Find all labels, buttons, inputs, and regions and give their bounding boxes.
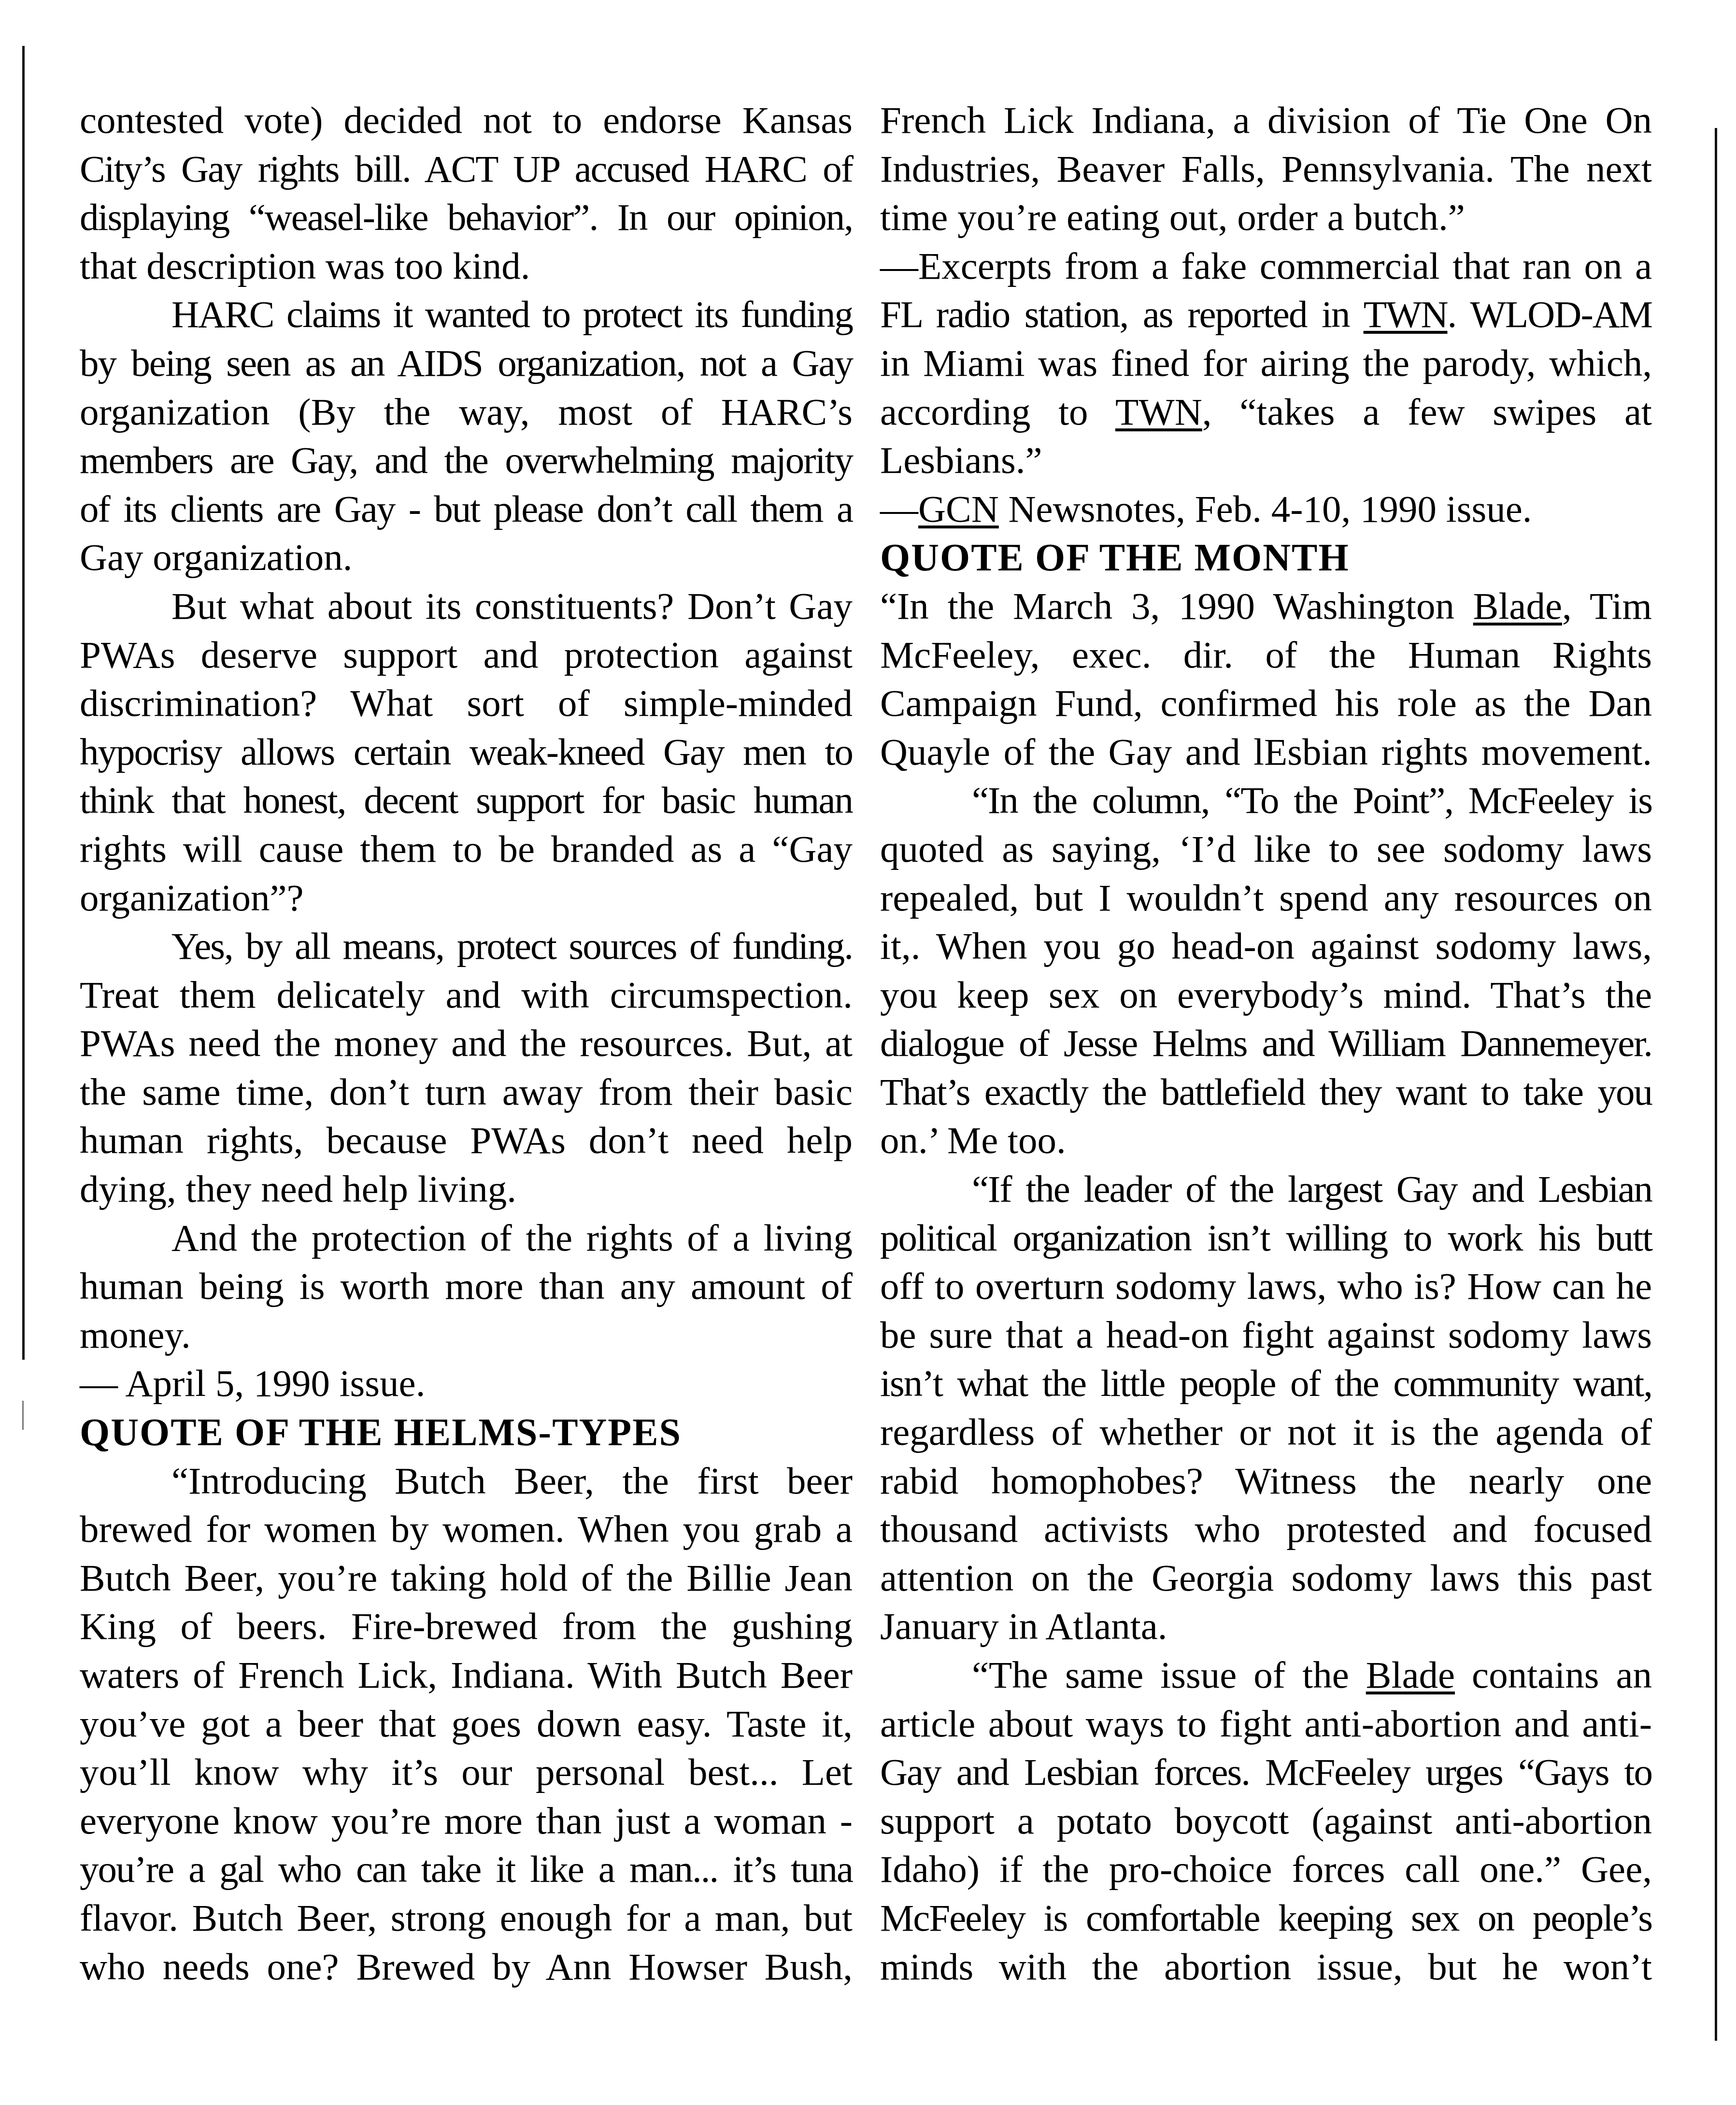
text-line: rabid homophobes? Witness the nearly one [880, 1457, 1652, 1506]
text-line: McFeeley, exec. dir. of the Human Rights [880, 631, 1652, 680]
text-line: quoted as saying, ‘I’d like to see sodom… [880, 825, 1652, 874]
paragraph-harc-funding: HARC claims it wanted to protect its fun… [80, 291, 853, 583]
text-line: the same time, don’t turn away from thei… [80, 1068, 853, 1117]
text-line: Lesbians.” [880, 437, 1652, 485]
text-line: Idaho) if the pro-choice forces call one… [880, 1846, 1652, 1894]
attribution: —GCN Newsnotes, Feb. 4-10, 1990 issue. [880, 485, 1652, 534]
text-line: “If the leader of the largest Gay and Le… [880, 1166, 1652, 1214]
text-line: —Excerpts from a fake commercial that ra… [880, 242, 1652, 291]
text-line: thousand activists who protested and foc… [880, 1506, 1652, 1554]
paragraph-excerpt-note: —Excerpts from a fake commercial that ra… [880, 242, 1652, 485]
paragraph-rights: And the protection of the rights of a li… [80, 1214, 853, 1360]
text-line: organization”? [80, 874, 853, 923]
text-segment: Newsnotes, Feb. 4-10, 1990 issue. [999, 488, 1532, 530]
text-line: King of beers. Fire-brewed from the gush… [80, 1603, 853, 1651]
right-margin-rule [1715, 128, 1717, 2041]
text-line: in Miami was fined for airing the parody… [880, 340, 1652, 388]
text-line: Campaign Fund, confirmed his role as the… [880, 680, 1652, 728]
text-line: Gay and Lesbian forces. McFeeley urges “… [880, 1749, 1652, 1797]
publication-name: TWN [1364, 294, 1448, 336]
text-line: contested vote) decided not to endorse K… [80, 97, 853, 145]
text-line: minds with the abortion issue, but he wo… [880, 1943, 1652, 1992]
text-line: brewed for women by women. When you grab… [80, 1506, 853, 1554]
text-line: HARC claims it wanted to protect its fun… [80, 291, 853, 340]
text-line: “The same issue of the Blade contains an [880, 1651, 1652, 1700]
text-line: repealed, but I wouldn’t spend any resou… [880, 874, 1652, 923]
text-line: members are Gay, and the overwhelming ma… [80, 437, 853, 485]
section-heading: QUOTE OF THE MONTH [880, 534, 1652, 583]
text-line: article about ways to fight anti-abortio… [880, 1700, 1652, 1749]
text-line: French Lick Indiana, a division of Tie O… [880, 97, 1652, 145]
text-line: flavor. Butch Beer, strong enough for a … [80, 1894, 853, 1943]
left-margin-mark [22, 1401, 24, 1430]
text-segment: “The same issue of the [972, 1654, 1366, 1696]
text-line: you’ve got a beer that goes down easy. T… [80, 1700, 853, 1749]
text-line: that description was too kind. [80, 242, 853, 291]
text-segment: . WLOD-AM [1448, 294, 1652, 336]
text-segment: according to [880, 391, 1115, 433]
text-line: dialogue of Jesse Helms and William Dann… [880, 1020, 1652, 1068]
paragraph-potato-boycott: “The same issue of the Blade contains an… [880, 1651, 1652, 1991]
text-line: by being seen as an AIDS organization, n… [80, 340, 853, 388]
text-line: January in Atlanta. [880, 1603, 1652, 1651]
text-line: you’ll know why it’s our personal best..… [80, 1749, 853, 1797]
text-line: Quayle of the Gay and lEsbian rights mov… [880, 728, 1652, 777]
text-line: Yes, by all means, protect sources of fu… [80, 923, 853, 971]
publication-name: TWN [1115, 391, 1202, 433]
text-line: human rights, because PWAs don’t need he… [80, 1117, 853, 1166]
text-line: be sure that a head-on fight against sod… [880, 1311, 1652, 1360]
text-line: waters of French Lick, Indiana. With But… [80, 1651, 853, 1700]
paragraph-constituents: But what about its constituents? Don’t G… [80, 583, 853, 923]
right-column: French Lick Indiana, a division of Tie O… [880, 97, 1652, 1991]
left-margin-rule [22, 46, 25, 1360]
text-line: Treat them delicately and with circumspe… [80, 971, 853, 1020]
text-line: But what about its constituents? Don’t G… [80, 583, 853, 631]
text-line: you’re a gal who can take it like a man.… [80, 1846, 853, 1894]
text-line: time you’re eating out, order a butch.” [880, 194, 1652, 242]
text-segment: contains an [1455, 1654, 1652, 1696]
text-line: money. [80, 1311, 853, 1360]
publication-name: GCN [918, 488, 999, 530]
paragraph-to-the-point: “In the column, “To the Point”, McFeeley… [880, 777, 1652, 1166]
text-line: organization (By the way, most of HARC’s [80, 388, 853, 437]
publication-name: Blade [1366, 1654, 1455, 1696]
text-line: City’s Gay rights bill. ACT UP accused H… [80, 145, 853, 194]
text-line: political organization isn’t willing to … [880, 1214, 1652, 1263]
paragraph-butch-beer: “Introducing Butch Beer, the first beer … [80, 1457, 853, 1992]
text-line: And the protection of the rights of a li… [80, 1214, 853, 1263]
text-line: Butch Beer, you’re taking hold of the Bi… [80, 1554, 853, 1603]
left-column: contested vote) decided not to endorse K… [80, 97, 853, 1991]
text-line: off to overturn sodomy laws, who is? How… [880, 1263, 1652, 1311]
section-heading: QUOTE OF THE HELMS-TYPES [80, 1408, 853, 1457]
text-line: “In the column, “To the Point”, McFeeley… [880, 777, 1652, 825]
text-line: McFeeley is comfortable keeping sex on p… [880, 1894, 1652, 1943]
text-line: “Introducing Butch Beer, the first beer [80, 1457, 853, 1506]
text-line: hypocrisy allows certain weak-kneed Gay … [80, 728, 853, 777]
text-line: it,. When you go head-on against sodomy … [880, 923, 1652, 971]
attribution: — April 5, 1990 issue. [80, 1360, 853, 1408]
text-line: of its clients are Gay - but please don’… [80, 485, 853, 534]
text-line: support a potato boycott (against anti-a… [880, 1797, 1652, 1846]
text-line: discrimination? What sort of simple-mind… [80, 680, 853, 728]
text-line: attention on the Georgia sodomy laws thi… [880, 1554, 1652, 1603]
text-line: isn’t what the little people of the comm… [880, 1360, 1652, 1408]
text-line: displaying “weasel-like behavior”. In ou… [80, 194, 853, 242]
text-segment: , Tim [1562, 585, 1652, 627]
text-segment: — [880, 488, 918, 530]
text-line: Industries, Beaver Falls, Pennsylvania. … [880, 145, 1652, 194]
text-segment: FL radio station, as reported in [880, 294, 1364, 336]
text-line: “In the March 3, 1990 Washington Blade, … [880, 583, 1652, 631]
text-line: dying, they need help living. [80, 1166, 853, 1214]
text-line: who needs one? Brewed by Ann Howser Bush… [80, 1943, 853, 1992]
text-line: you keep sex on everybody’s mind. That’s… [880, 971, 1652, 1020]
text-line: everyone know you’re more than just a wo… [80, 1797, 853, 1846]
paragraph-harc-vote: contested vote) decided not to endorse K… [80, 97, 853, 291]
publication-name: Blade [1473, 585, 1562, 627]
text-line: That’s exactly the battlefield they want… [880, 1068, 1652, 1117]
text-line: on.’ Me too. [880, 1117, 1652, 1166]
text-line: human being is worth more than any amoun… [80, 1263, 853, 1311]
text-line: PWAs deserve support and protection agai… [80, 631, 853, 680]
text-segment: “In the March 3, 1990 Washington [880, 585, 1473, 627]
text-line: Gay organization. [80, 534, 853, 583]
text-segment: , “takes a few swipes at [1202, 391, 1652, 433]
text-line: think that honest, decent support for ba… [80, 777, 853, 825]
text-line: according to TWN, “takes a few swipes at [880, 388, 1652, 437]
text-line: rights will cause them to be branded as … [80, 825, 853, 874]
paragraph-mcfeeley-intro: “In the March 3, 1990 Washington Blade, … [880, 583, 1652, 777]
paragraph-ad-end: French Lick Indiana, a division of Tie O… [880, 97, 1652, 242]
text-line: FL radio station, as reported in TWN. WL… [880, 291, 1652, 340]
paragraph-funding: Yes, by all means, protect sources of fu… [80, 923, 853, 1214]
text-line: PWAs need the money and the resources. B… [80, 1020, 853, 1068]
text-line: regardless of whether or not it is the a… [880, 1408, 1652, 1457]
paragraph-leader: “If the leader of the largest Gay and Le… [880, 1166, 1652, 1651]
